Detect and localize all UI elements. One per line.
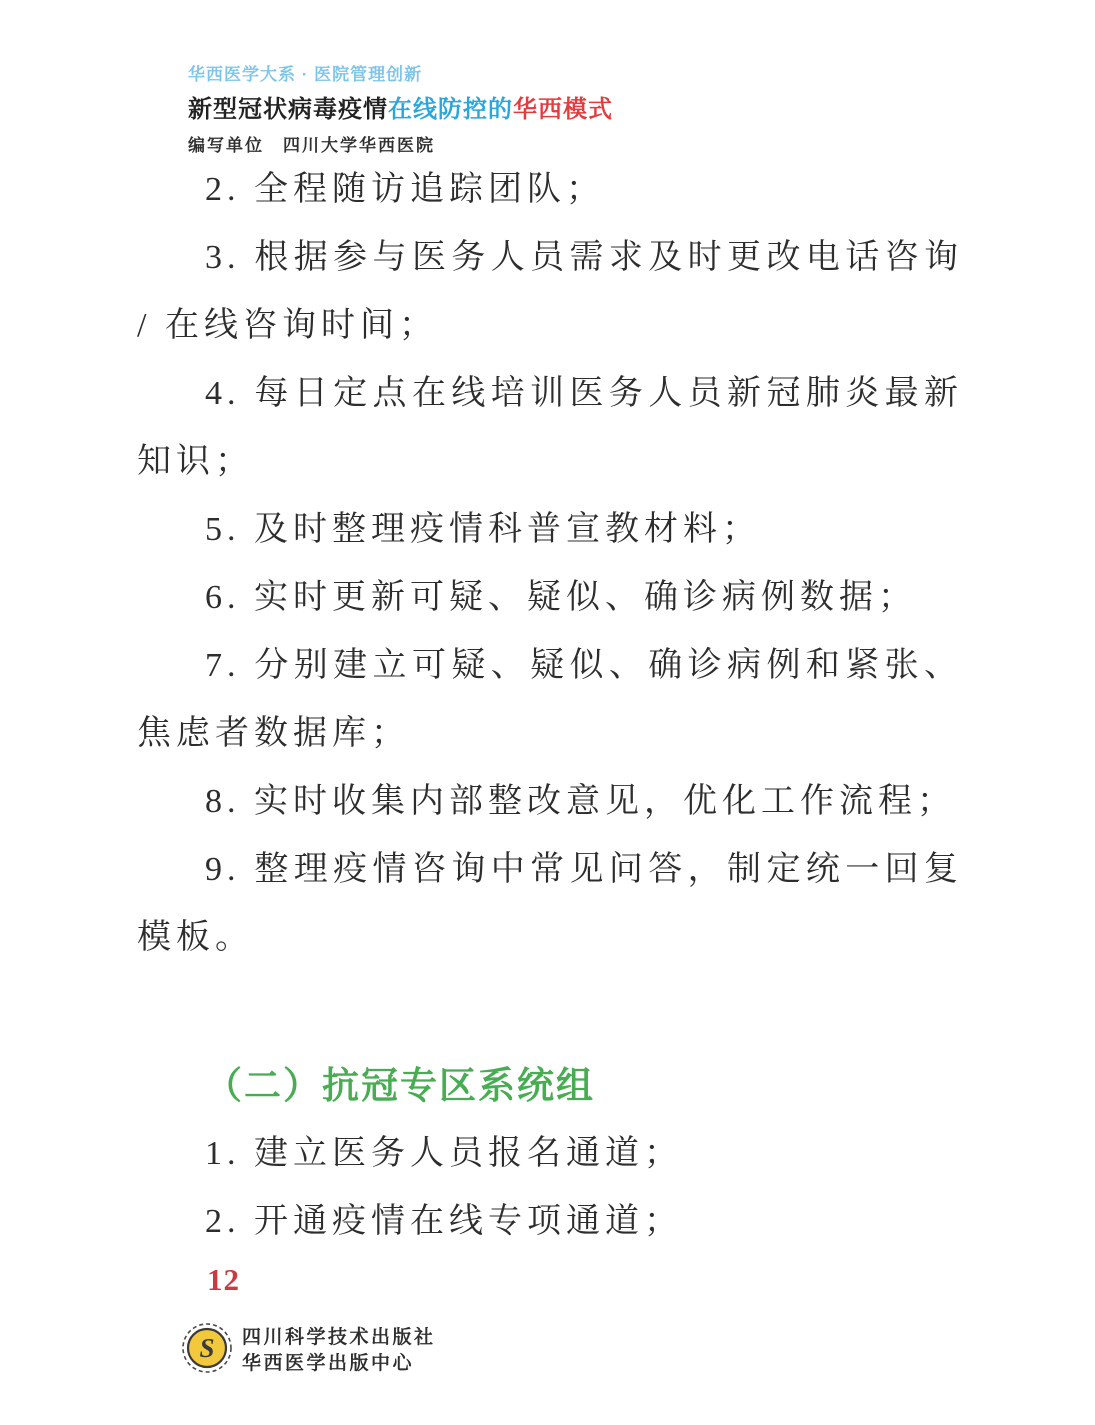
book-title-part-blue: 在线防控的 bbox=[388, 96, 513, 123]
book-title-part-black: 新型冠状病毒疫情 bbox=[188, 96, 388, 123]
book-title-part-red: 华西模式 bbox=[513, 96, 613, 123]
publisher-logo-icon: S bbox=[181, 1322, 233, 1379]
list-item: 1. 建立医务人员报名通道； bbox=[137, 1120, 963, 1188]
series-title: 华西医学大系 · 医院管理创新 bbox=[188, 60, 613, 85]
list-item: 9. 整理疫情咨询中常见问答，制定统一回复模板。 bbox=[137, 836, 963, 972]
page-number: 12 bbox=[207, 1262, 240, 1298]
list-item: 2. 开通疫情在线专项通道； bbox=[137, 1188, 963, 1256]
list-item: 3. 根据参与医务人员需求及时更改电话咨询 / 在线咨询时间； bbox=[137, 224, 963, 360]
publisher-center: 华西医学出版中心 bbox=[242, 1351, 436, 1377]
page-body: 2. 全程随访追踪团队；3. 根据参与医务人员需求及时更改电话咨询 / 在线咨询… bbox=[137, 156, 963, 1256]
section-heading: （二）抗冠专区系统组 bbox=[137, 1052, 963, 1120]
svg-text:S: S bbox=[199, 1333, 214, 1363]
list-item: 7. 分别建立可疑、疑似、确诊病例和紧张、焦虑者数据库； bbox=[137, 632, 963, 768]
document-page: 华西医学大系 · 医院管理创新 新型冠状病毒疫情在线防控的华西模式 编写单位 四… bbox=[0, 0, 1095, 1425]
task-list-section-2: 1. 建立医务人员报名通道；2. 开通疫情在线专项通道； bbox=[137, 1120, 963, 1256]
compiler-line: 编写单位 四川大学华西医院 bbox=[188, 131, 613, 156]
list-item: 5. 及时整理疫情科普宣教材料； bbox=[137, 496, 963, 564]
book-title: 新型冠状病毒疫情在线防控的华西模式 bbox=[188, 89, 613, 124]
publisher-block: S 四川科学技术出版社 华西医学出版中心 bbox=[181, 1322, 436, 1379]
list-item: 8. 实时收集内部整改意见，优化工作流程； bbox=[137, 768, 963, 836]
list-item: 2. 全程随访追踪团队； bbox=[137, 156, 963, 224]
publisher-name-block: 四川科学技术出版社 华西医学出版中心 bbox=[242, 1325, 436, 1377]
list-item: 6. 实时更新可疑、疑似、确诊病例数据； bbox=[137, 564, 963, 632]
page-header: 华西医学大系 · 医院管理创新 新型冠状病毒疫情在线防控的华西模式 编写单位 四… bbox=[188, 60, 613, 156]
task-list-section-1: 2. 全程随访追踪团队；3. 根据参与医务人员需求及时更改电话咨询 / 在线咨询… bbox=[137, 156, 963, 972]
publisher-name: 四川科学技术出版社 bbox=[242, 1325, 436, 1351]
list-item: 4. 每日定点在线培训医务人员新冠肺炎最新知识； bbox=[137, 360, 963, 496]
